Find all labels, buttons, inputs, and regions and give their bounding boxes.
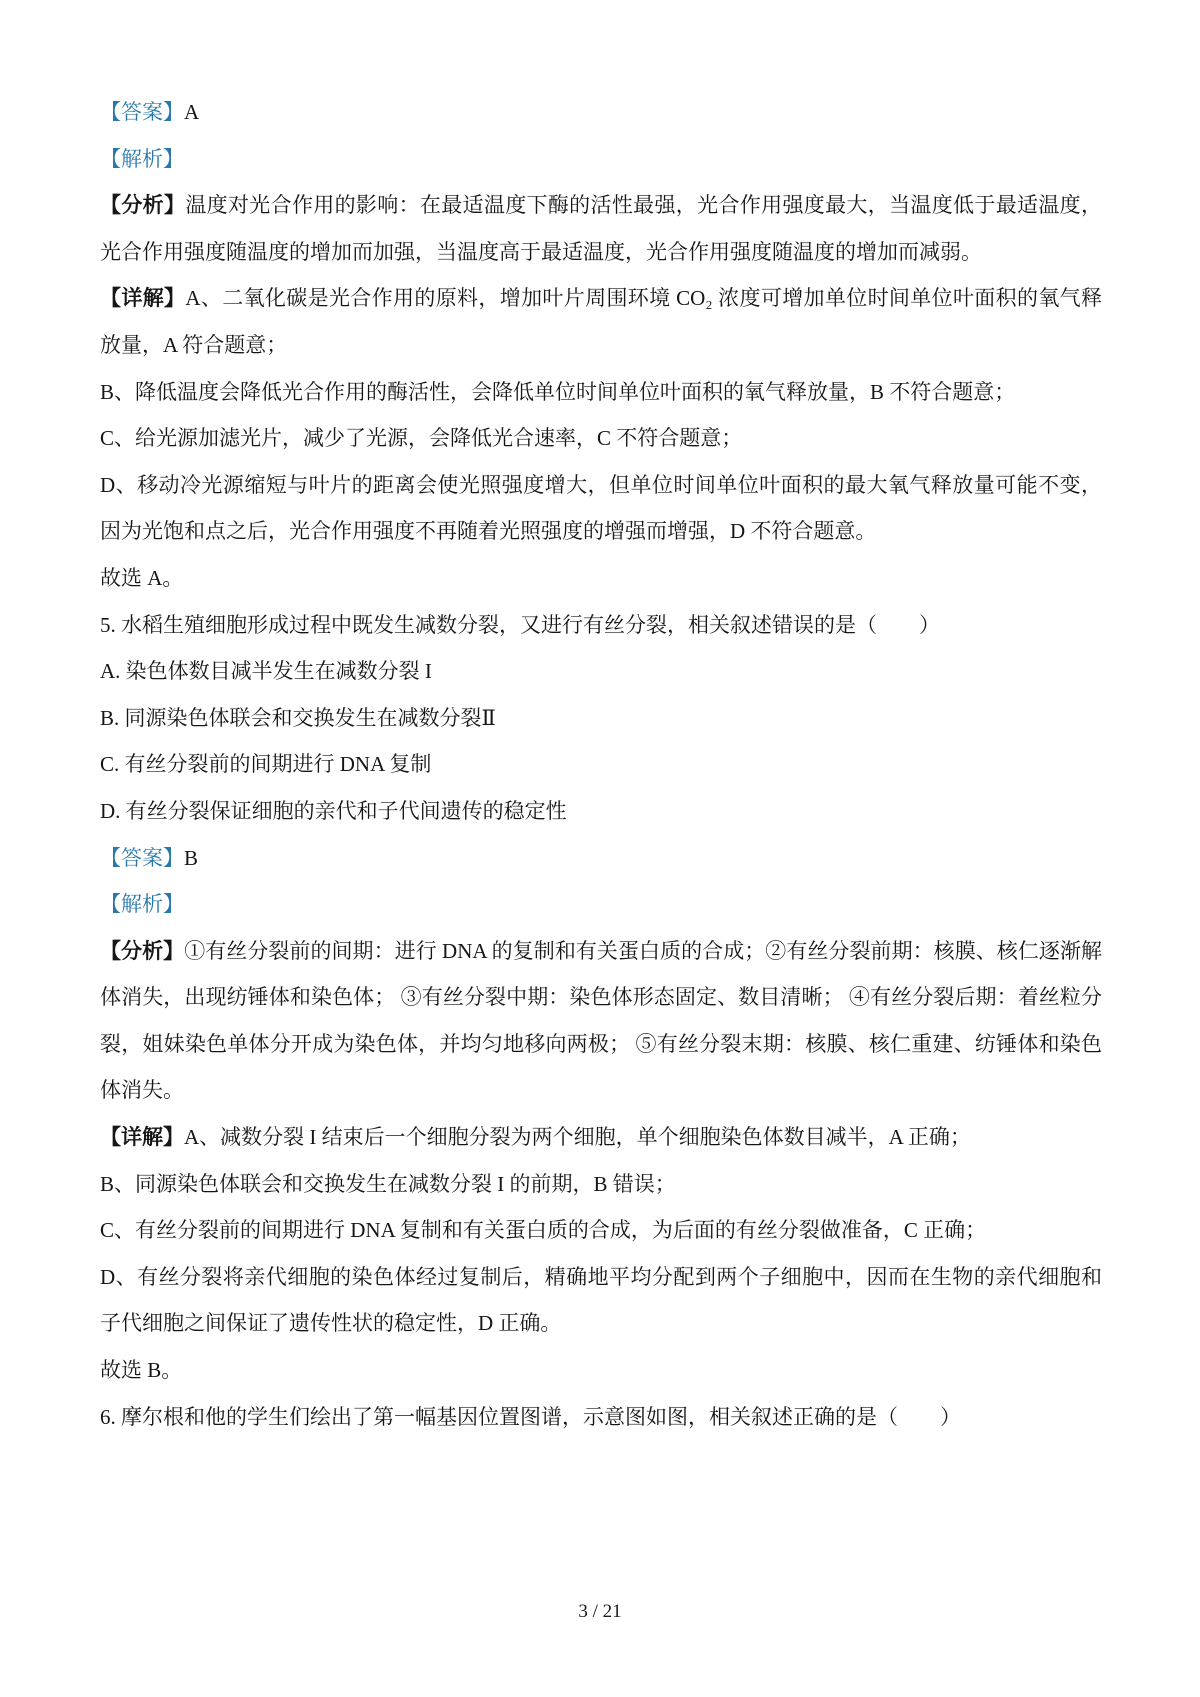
q6-stem: 6. 摩尔根和他的学生们绘出了第一幅基因位置图谱，示意图如图，相关叙述正确的是（… <box>100 1394 1102 1441</box>
q5-option-a: A. 染色体数目减半发生在减数分裂 I <box>100 648 1102 695</box>
q5-option-c-text: C. 有丝分裂前的间期进行 DNA 复制 <box>100 752 431 776</box>
answer-label: 【答案】 <box>100 100 184 124</box>
q5-option-b-text: B. 同源染色体联会和交换发生在减数分裂Ⅱ <box>100 706 496 730</box>
q4-detail-a-paragraph: 【详解】A、二氧化碳是光合作用的原料，增加叶片周围环境 CO₂ 浓度可增加单位时… <box>100 275 1102 368</box>
q5-analysis-header: 【解析】 <box>100 881 1102 928</box>
q6-stem-text: 6. 摩尔根和他的学生们绘出了第一幅基因位置图谱，示意图如图，相关叙述正确的是（… <box>100 1405 961 1429</box>
q5-option-a-text: A. 染色体数目减半发生在减数分裂 I <box>100 659 432 683</box>
q5-option-b: B. 同源染色体联会和交换发生在减数分裂Ⅱ <box>100 695 1102 742</box>
fenxi-label: 【分析】 <box>100 193 185 217</box>
q5-detail-c-text: C、有丝分裂前的间期进行 DNA 复制和有关蛋白质的合成，为后面的有丝分裂做准备… <box>100 1218 986 1242</box>
q5-fenxi-paragraph: 【分析】①有丝分裂前的间期：进行 DNA 的复制和有关蛋白质的合成；②有丝分裂前… <box>100 928 1102 1114</box>
q5-conclusion: 故选 B。 <box>100 1347 1102 1394</box>
q5-conclusion-text: 故选 B。 <box>100 1358 182 1382</box>
xiangjie-label: 【详解】 <box>100 286 185 310</box>
q4-detail-c-text: C、给光源加滤光片，减少了光源，会降低光合速率，C 不符合题意； <box>100 426 742 450</box>
q4-detail-c-paragraph: C、给光源加滤光片，减少了光源，会降低光合速率，C 不符合题意； <box>100 415 1102 462</box>
q5-detail-a-text: A、减数分裂 I 结束后一个细胞分裂为两个细胞，单个细胞染色体数目减半，A 正确… <box>184 1125 971 1149</box>
q4-analysis-header: 【解析】 <box>100 136 1102 183</box>
analysis-header-label: 【解析】 <box>100 892 184 916</box>
page-number: 3 / 21 <box>0 1601 1200 1623</box>
q5-detail-d-paragraph: D、有丝分裂将亲代细胞的染色体经过复制后，精确地平均分配到两个子细胞中，因而在生… <box>100 1254 1102 1347</box>
q4-conclusion: 故选 A。 <box>100 555 1102 602</box>
q4-answer-line: 【答案】A <box>100 89 1102 136</box>
fenxi-label: 【分析】 <box>100 939 184 963</box>
q4-detail-a-text: A、二氧化碳是光合作用的原料，增加叶片周围环境 CO₂ 浓度可增加单位时间单位叶… <box>100 286 1102 357</box>
xiangjie-label: 【详解】 <box>100 1125 184 1149</box>
q5-answer-value: B <box>184 846 198 870</box>
q4-detail-d-text: D、移动冷光源缩短与叶片的距离会使光照强度增大，但单位时间单位叶面积的最大氧气释… <box>100 473 1102 544</box>
q4-detail-b-paragraph: B、降低温度会降低光合作用的酶活性，会降低单位时间单位叶面积的氧气释放量，B 不… <box>100 369 1102 416</box>
q5-detail-d-text: D、有丝分裂将亲代细胞的染色体经过复制后，精确地平均分配到两个子细胞中，因而在生… <box>100 1265 1102 1336</box>
q5-stem: 5. 水稻生殖细胞形成过程中既发生减数分裂，又进行有丝分裂，相关叙述错误的是（ … <box>100 602 1102 649</box>
q4-conclusion-text: 故选 A。 <box>100 566 183 590</box>
q5-option-c: C. 有丝分裂前的间期进行 DNA 复制 <box>100 741 1102 788</box>
q5-detail-a-paragraph: 【详解】A、减数分裂 I 结束后一个细胞分裂为两个细胞，单个细胞染色体数目减半，… <box>100 1114 1102 1161</box>
analysis-header-label: 【解析】 <box>100 147 184 171</box>
q5-detail-b-paragraph: B、同源染色体联会和交换发生在减数分裂 I 的前期，B 错误； <box>100 1161 1102 1208</box>
q5-detail-c-paragraph: C、有丝分裂前的间期进行 DNA 复制和有关蛋白质的合成，为后面的有丝分裂做准备… <box>100 1207 1102 1254</box>
q5-option-d-text: D. 有丝分裂保证细胞的亲代和子代间遗传的稳定性 <box>100 799 567 823</box>
q5-option-d: D. 有丝分裂保证细胞的亲代和子代间遗传的稳定性 <box>100 788 1102 835</box>
q5-detail-b-text: B、同源染色体联会和交换发生在减数分裂 I 的前期，B 错误； <box>100 1172 676 1196</box>
q4-fenxi-text: 温度对光合作用的影响：在最适温度下酶的活性最强，光合作用强度最大，当温度低于最适… <box>100 193 1102 264</box>
q4-answer-value: A <box>184 100 199 124</box>
q5-fenxi-text: ①有丝分裂前的间期：进行 DNA 的复制和有关蛋白质的合成；②有丝分裂前期：核膜… <box>100 939 1102 1103</box>
q5-stem-text: 5. 水稻生殖细胞形成过程中既发生减数分裂，又进行有丝分裂，相关叙述错误的是（ … <box>100 613 940 637</box>
document-page: 【答案】A 【解析】 【分析】温度对光合作用的影响：在最适温度下酶的活性最强，光… <box>0 0 1200 1697</box>
q4-detail-b-text: B、降低温度会降低光合作用的酶活性，会降低单位时间单位叶面积的氧气释放量，B 不… <box>100 380 1015 404</box>
q4-fenxi-paragraph: 【分析】温度对光合作用的影响：在最适温度下酶的活性最强，光合作用强度最大，当温度… <box>100 182 1102 275</box>
document-body: 【答案】A 【解析】 【分析】温度对光合作用的影响：在最适温度下酶的活性最强，光… <box>100 89 1102 1440</box>
q5-answer-line: 【答案】B <box>100 835 1102 882</box>
answer-label: 【答案】 <box>100 846 184 870</box>
q4-detail-d-paragraph: D、移动冷光源缩短与叶片的距离会使光照强度增大，但单位时间单位叶面积的最大氧气释… <box>100 462 1102 555</box>
